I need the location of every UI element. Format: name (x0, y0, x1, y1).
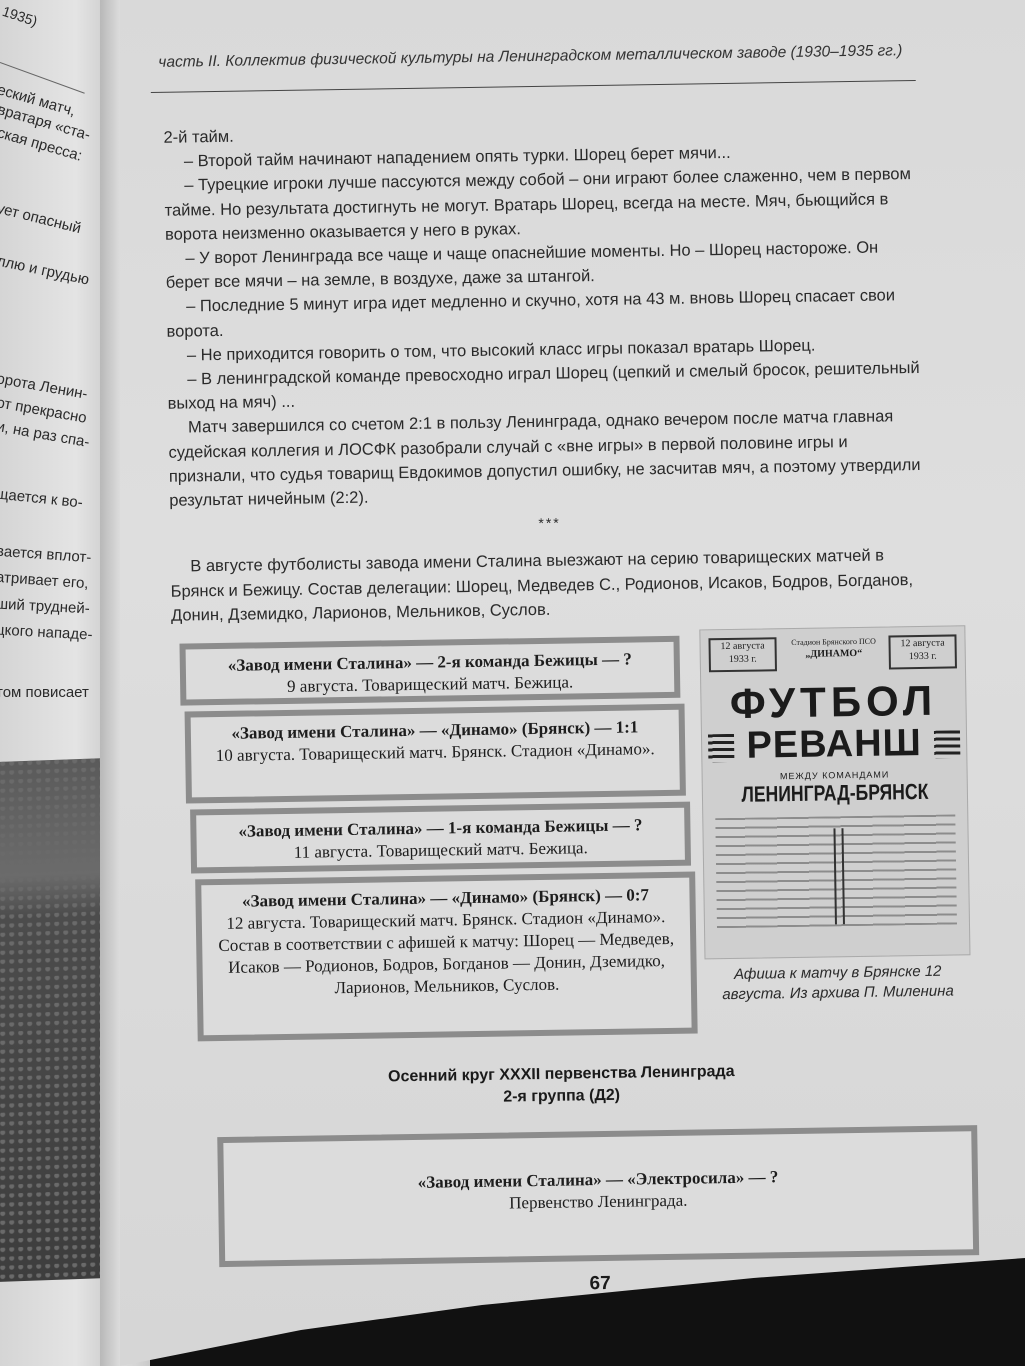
section-title: Осенний круг XXXII первенства Ленинграда… (346, 1060, 777, 1111)
match-lineup: Состав в соответствии с афишей к матчу: … (212, 928, 681, 1001)
poster-date-left: 12 августа 1933 г. (708, 637, 777, 672)
left-page-fragment: 1935) (0, 3, 39, 29)
match-box: «Завод имени Сталина» — 1-я команда Бежи… (190, 802, 691, 874)
poster-headline: ФУТБОЛ (701, 678, 966, 726)
left-page-fragment: ший трудней- (0, 596, 90, 618)
poster-caption: Афиша к матчу в Брянске 12 августа. Из а… (705, 961, 972, 1005)
poster-stadium: Стадион Брянского ПСО „ДИНАМО“ (774, 635, 892, 661)
match-box: «Завод имени Сталина» — «Динамо» (Брянск… (195, 872, 697, 1042)
left-page-fragment: вается вплот- (0, 543, 92, 567)
left-page-fragment: том повисает (0, 684, 89, 701)
left-page-fragment: цкого нападе- (0, 621, 93, 643)
match-poster-image: 12 августа 1933 г. Стадион Брянского ПСО… (699, 625, 970, 959)
match-box: «Завод имени Сталина» — «Динамо» (Брянск… (185, 704, 686, 804)
body-text: 2-й тайм. – Второй тайм начинают нападен… (163, 114, 931, 628)
left-page-fragment: ллю и грудью (0, 252, 91, 288)
poster-stadium-name: „ДИНАМО“ (805, 648, 862, 660)
paragraph: В августе футболисты завода имени Сталин… (170, 543, 931, 628)
poster-subheadline: РЕВАНШ (702, 722, 967, 766)
poster-divider (833, 828, 845, 924)
league-match-box: «Завод имени Сталина» — «Электросила» — … (217, 1125, 979, 1267)
left-page-fragment: щается к во- (0, 486, 84, 512)
poster-date-right: 12 августа 1933 г. (888, 634, 957, 669)
poster-stadium-label: Стадион Брянского ПСО (791, 637, 876, 647)
paragraph: – Турецкие игроки лучше пассуются между … (164, 162, 925, 247)
match-box: «Завод имени Сталина» — 2-я команда Бежи… (179, 636, 680, 706)
poster-teams: ЛЕНИНГРАД-БРЯНСК (729, 779, 941, 808)
left-page-fragment: атривает его, (0, 569, 89, 592)
paragraph: Матч завершился со счетом 2:1 в пользу Л… (168, 404, 929, 513)
previous-page: 1935) еский матч, вратаря «ста- ская пре… (0, 0, 108, 1366)
stadium-photo (0, 758, 104, 1282)
left-page-fragment: ует опасный (0, 200, 83, 237)
poster-decoration (934, 730, 960, 758)
page-number: 67 (589, 1273, 610, 1295)
